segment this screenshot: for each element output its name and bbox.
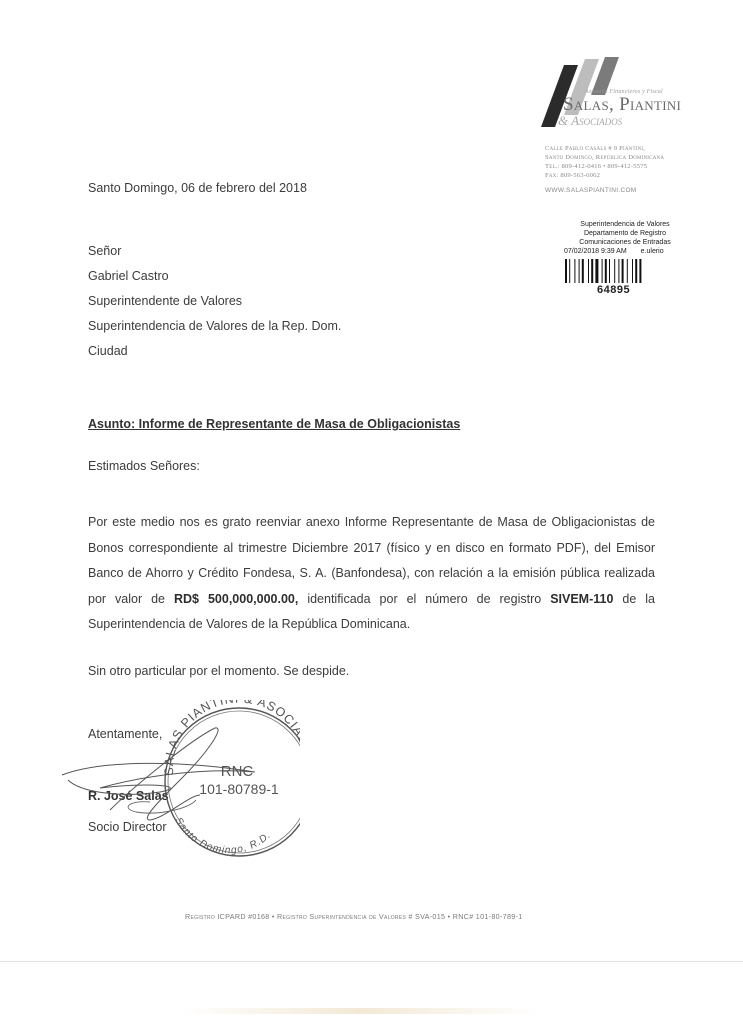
body-text: identificada por el número de registro: [307, 592, 541, 606]
company-website: WWW.SALASPIANTINI.COM: [545, 187, 637, 194]
stamp-line: Superintendencia de Valores: [560, 220, 690, 229]
letter-greeting: Estimados Señores:: [88, 459, 200, 473]
issue-amount: RD$ 500,000,000.00,: [174, 592, 298, 606]
company-address: Calle Pablo Casals # 9 Piantini, Santo D…: [545, 144, 664, 180]
stamp-user: e.ulerio: [641, 248, 664, 255]
letter-body: Por este medio nos es grato reenviar ane…: [88, 510, 655, 638]
recipient-city: Ciudad: [88, 344, 128, 358]
company-subname: & Asociados: [558, 113, 622, 129]
company-seal-icon: SALAS PIANTINI & ASOCIADOS, SRL Santo Do…: [40, 700, 300, 860]
stamp-datetime-row: 07/02/2018 9:39 AMe.ulerio: [560, 247, 690, 256]
stamp-datetime: 07/02/2018 9:39 AM: [564, 248, 627, 255]
address-line: Calle Pablo Casals # 9 Piantini,: [545, 144, 664, 153]
recipient-salutation: Señor: [88, 244, 121, 258]
barcode-icon: [565, 259, 685, 283]
recipient-title: Superintendente de Valores: [88, 294, 242, 308]
letter-subject: Asunto: Informe de Representante de Masa…: [88, 417, 460, 431]
recipient-name: Gabriel Castro: [88, 269, 169, 283]
recipient-organization: Superintendencia de Valores de la Rep. D…: [88, 319, 341, 333]
stamp-line: Comunicaciones de Entradas: [560, 238, 690, 247]
letterhead-footer: Registro ICPARD #0168 • Registro Superin…: [185, 912, 523, 921]
phone-line: Tel.: 809-412-0416 • 809-412-5575: [545, 162, 664, 171]
stamp-number: 64895: [597, 284, 630, 296]
page-edge-divider: [0, 961, 743, 962]
letter-closing: Sin otro particular por el momento. Se d…: [88, 664, 349, 678]
receipt-stamp: Superintendencia de Valores Departamento…: [560, 220, 690, 256]
letter-date: Santo Domingo, 06 de febrero del 2018: [88, 181, 307, 195]
stamp-line: Departamento de Registro: [560, 229, 690, 238]
address-line: Santo Domingo, República Dominicana: [545, 153, 664, 162]
registry-number: SIVEM-110: [550, 592, 613, 606]
fax-line: Fax: 809-563-6062: [545, 171, 664, 180]
paper-stain: [180, 1008, 540, 1014]
seal-center-number: 101-80789-1: [199, 781, 279, 797]
